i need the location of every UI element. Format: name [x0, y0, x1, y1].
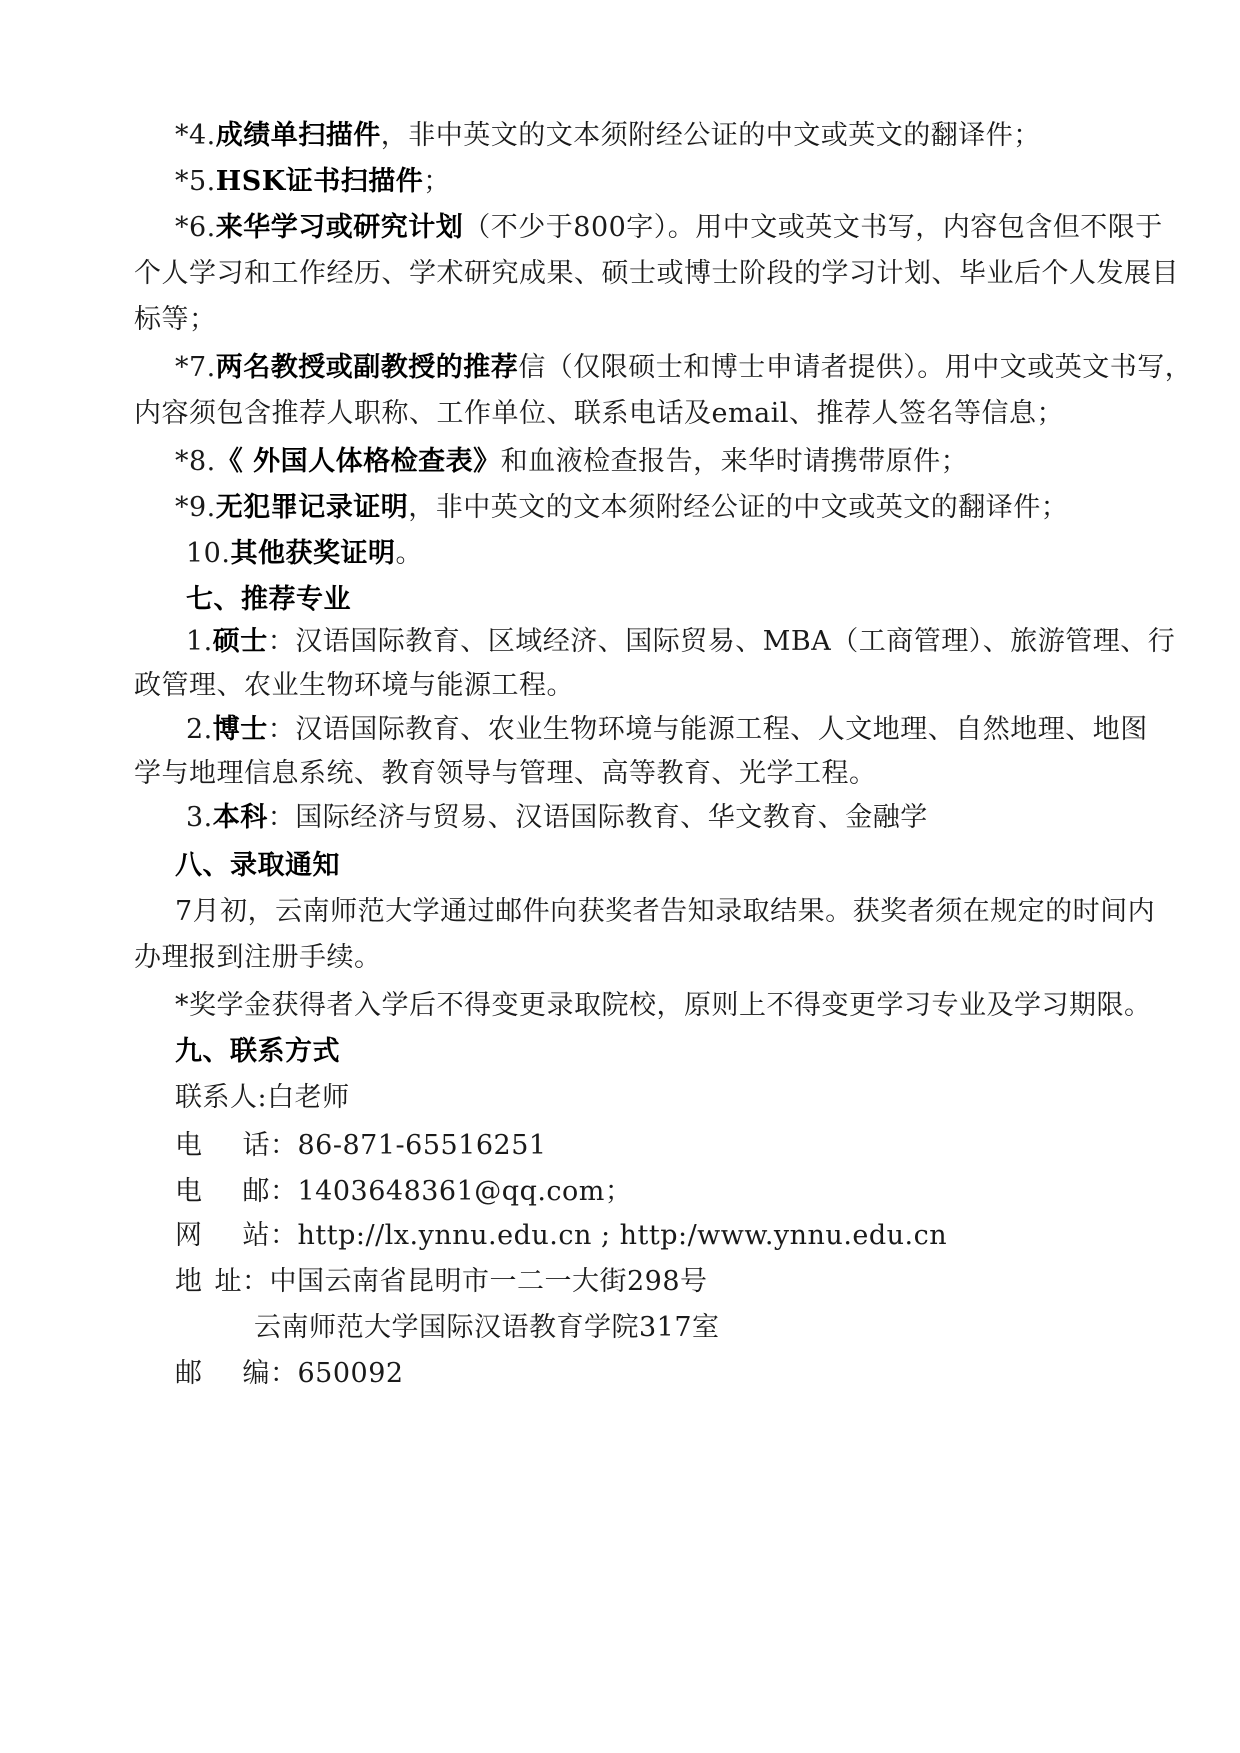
material-item-6-line3: 标等；: [134, 304, 217, 336]
phone-label-char2: 话：: [243, 1130, 298, 1162]
item-title: 其他获奖证明: [230, 538, 395, 569]
major-colon: ：: [268, 626, 296, 657]
section-heading-recommended-majors: 七、推荐专业: [186, 584, 351, 616]
item-description: 。: [395, 538, 423, 569]
website-value: http://lx.ynnu.edu.cn ; http:/www.ynnu.e…: [298, 1220, 948, 1251]
major-colon: ：: [268, 802, 296, 833]
item-prefix: *7.: [175, 352, 216, 383]
material-item-6-line2: 个人学习和工作经历、学术研究成果、硕士或博士阶段的学习计划、毕业后个人发展目: [134, 258, 1179, 290]
postcode-label-char1: 邮: [175, 1358, 203, 1390]
admission-paragraph-line2: 办理报到注册手续。: [134, 942, 382, 974]
email-label-char2: 邮：: [243, 1176, 298, 1208]
major-prefix: 2.: [186, 714, 213, 745]
item-description: 信（仅限硕士和博士申请者提供）。用中文或英文书写，: [518, 352, 1192, 383]
major-level-label: 博士: [213, 714, 268, 745]
material-item-10: 10.其他获奖证明。: [186, 538, 423, 570]
email-value: 1403648361@qq.com；: [298, 1176, 633, 1207]
material-item-9: *9.无犯罪记录证明，非中英文的文本须附经公证的中文或英文的翻译件；: [175, 492, 1068, 524]
majors-doctor: 2.博士：汉语国际教育、农业生物环境与能源工程、人文地理、自然地理、地图: [186, 714, 1148, 746]
section-heading-admission-notice: 八、录取通知: [175, 850, 340, 882]
item-title: 成绩单扫描件: [216, 120, 381, 151]
contact-email: 电邮：1403648361@qq.com；: [175, 1176, 632, 1208]
major-list: 国际经济与贸易、汉语国际教育、华文教育、金融学: [295, 802, 928, 833]
major-colon: ：: [268, 714, 296, 745]
item-prefix: *5.: [175, 166, 216, 197]
postcode-label-char2: 编：: [243, 1358, 298, 1390]
material-item-5: *5.HSK证书扫描件；: [175, 166, 451, 198]
item-title: HSK证书扫描件: [216, 166, 423, 197]
item-title: 无犯罪记录证明: [216, 492, 409, 523]
contact-website: 网站：http://lx.ynnu.edu.cn ; http:/www.ynn…: [175, 1220, 947, 1252]
email-label-char1: 电: [175, 1176, 203, 1208]
item-title: 两名教授或副教授的推荐: [216, 352, 519, 383]
contact-postcode: 邮编：650092: [175, 1358, 404, 1390]
item-description: 和血液检查报告，来华时请携带原件；: [501, 446, 969, 477]
address-label-char2: 址：: [215, 1266, 270, 1298]
major-list: 汉语国际教育、区域经济、国际贸易、MBA（工商管理）、旅游管理、行: [295, 626, 1175, 657]
material-item-8: *8.《 外国人体格检查表》和血液检查报告，来华时请携带原件；: [175, 446, 968, 478]
major-level-label: 硕士: [213, 626, 268, 657]
majors-master: 1.硕士：汉语国际教育、区域经济、国际贸易、MBA（工商管理）、旅游管理、行: [186, 626, 1175, 658]
postcode-value: 650092: [298, 1358, 404, 1389]
material-item-7: *7.两名教授或副教授的推荐信（仅限硕士和博士申请者提供）。用中文或英文书写，: [175, 352, 1192, 384]
item-title: 《 外国人体格检查表》: [216, 446, 501, 477]
contact-person: 联系人:白老师: [175, 1082, 350, 1114]
address-label-char1: 地: [175, 1266, 203, 1298]
majors-doctor-line2: 学与地理信息系统、教育领导与管理、高等教育、光学工程。: [134, 758, 877, 790]
item-prefix: *6.: [175, 212, 216, 243]
item-prefix: *8.: [175, 446, 216, 477]
item-description: ；: [423, 166, 451, 197]
admission-paragraph-line1: 7月初，云南师范大学通过邮件向获奖者告知录取结果。获奖者须在规定的时间内: [175, 896, 1155, 928]
website-label-char1: 网: [175, 1220, 203, 1252]
website-label-char2: 站：: [243, 1220, 298, 1252]
majors-bachelor: 3.本科：国际经济与贸易、汉语国际教育、华文教育、金融学: [186, 802, 928, 834]
material-item-4: *4.成绩单扫描件，非中英文的文本须附经公证的中文或英文的翻译件；: [175, 120, 1041, 152]
contact-address-line2: 云南师范大学国际汉语教育学院317室: [254, 1312, 720, 1344]
item-description: （不少于800字）。用中文或英文书写，内容包含但不限于: [463, 212, 1163, 243]
material-item-7-line2: 内容须包含推荐人职称、工作单位、联系电话及email、推荐人签名等信息；: [134, 398, 1064, 430]
majors-master-line2: 政管理、农业生物环境与能源工程。: [134, 670, 574, 702]
major-prefix: 3.: [186, 802, 213, 833]
item-description: ，非中英文的文本须附经公证的中文或英文的翻译件；: [408, 492, 1068, 523]
item-title: 来华学习或研究计划: [216, 212, 464, 243]
contact-address: 地址：中国云南省昆明市一二一大街298号: [175, 1266, 708, 1298]
major-level-label: 本科: [213, 802, 268, 833]
contact-phone: 电话：86-871-65516251: [175, 1130, 547, 1162]
phone-label-char1: 电: [175, 1130, 203, 1162]
item-prefix: *9.: [175, 492, 216, 523]
major-prefix: 1.: [186, 626, 213, 657]
phone-value: 86-871-65516251: [298, 1130, 547, 1161]
item-description: ，非中英文的文本须附经公证的中文或英文的翻译件；: [381, 120, 1041, 151]
section-heading-contact: 九、联系方式: [175, 1036, 340, 1068]
major-list: 汉语国际教育、农业生物环境与能源工程、人文地理、自然地理、地图: [295, 714, 1148, 745]
item-prefix: *4.: [175, 120, 216, 151]
admission-note: *奖学金获得者入学后不得变更录取院校，原则上不得变更学习专业及学习期限。: [175, 990, 1152, 1022]
item-prefix: 10.: [186, 538, 230, 569]
material-item-6: *6.来华学习或研究计划（不少于800字）。用中文或英文书写，内容包含但不限于: [175, 212, 1163, 244]
address-line1: 中国云南省昆明市一二一大街298号: [270, 1266, 708, 1297]
